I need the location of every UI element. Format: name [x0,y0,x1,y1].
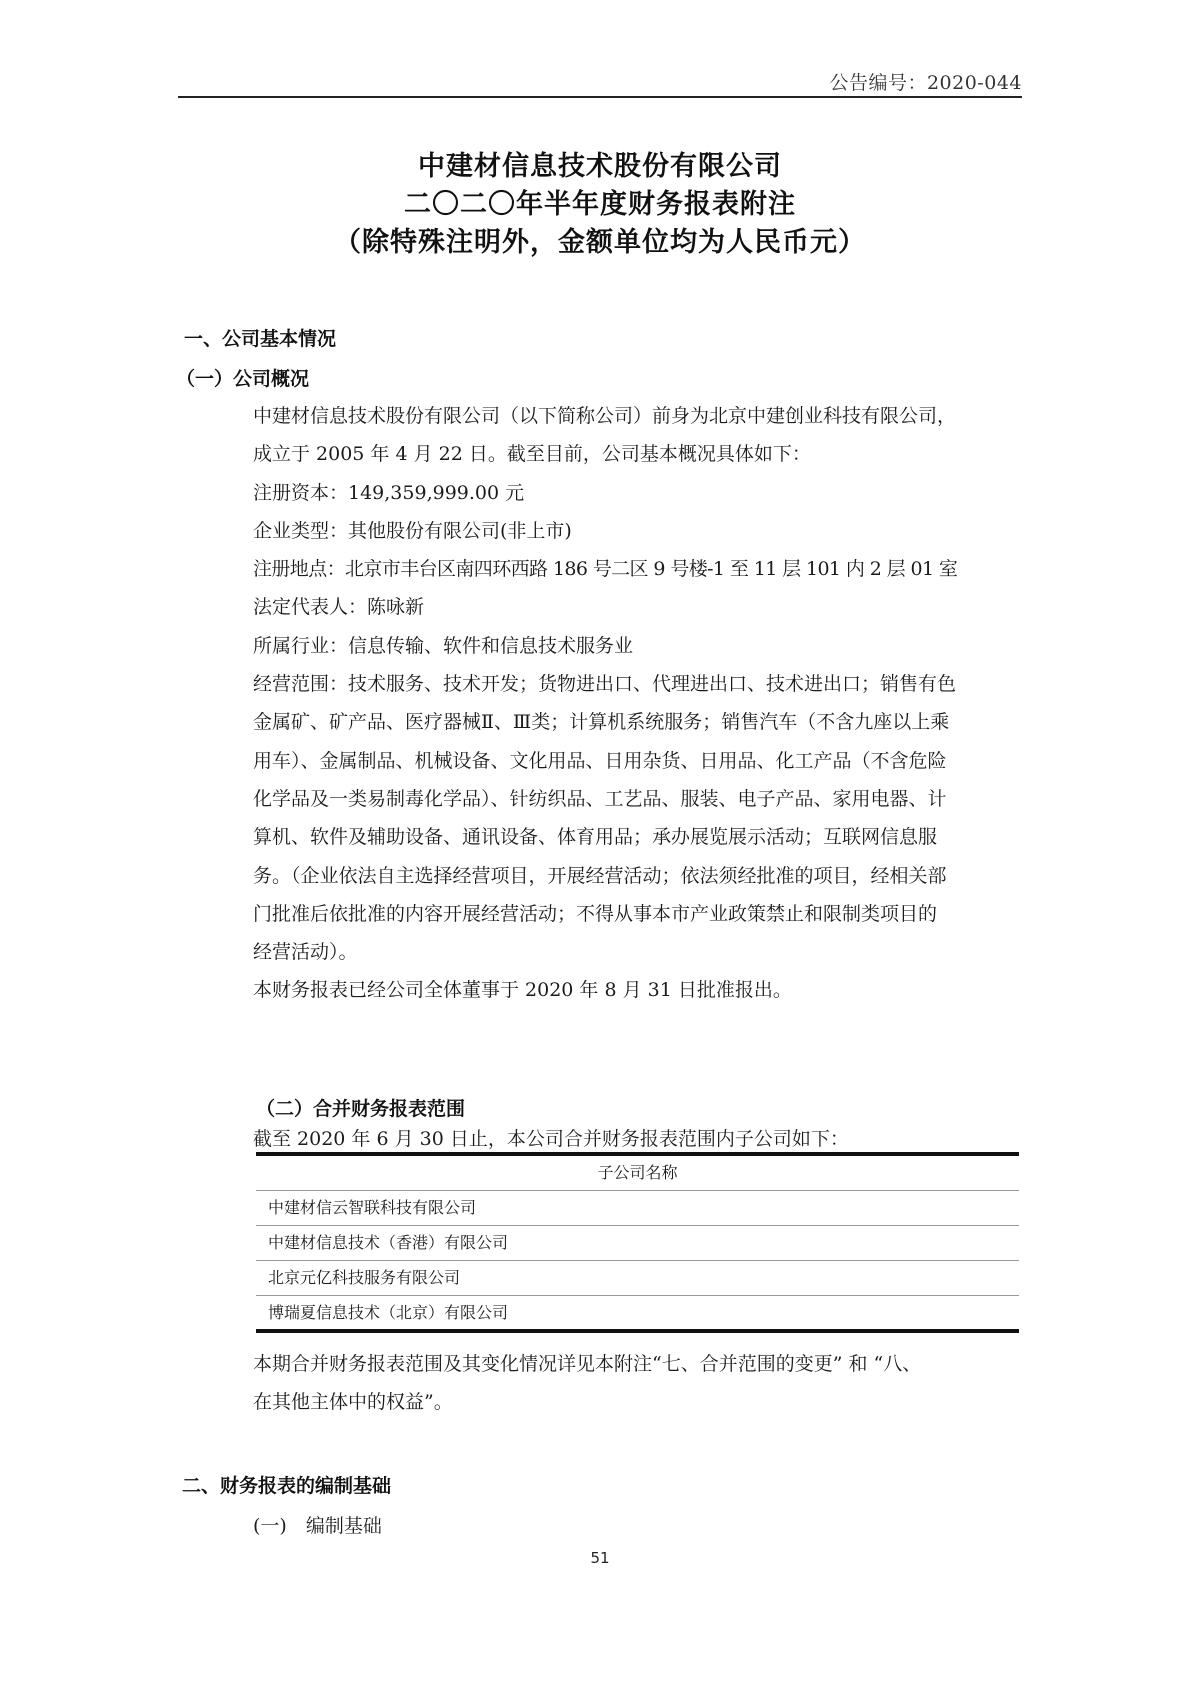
enterprise-type: 企业类型：其他股份有限公司(非上市) [253,512,1023,550]
title-unit-note: （除特殊注明外，金额单位均为人民币元） [0,224,1200,262]
business-scope-line: 经营范围：技术服务、技术开发；货物进出口、代理进出口、技术进出口；销售有色 [253,665,1023,703]
business-scope-line: 金属矿、矿产品、医疗器械Ⅱ、Ⅲ类；计算机系统服务；销售汽车（不含九座以上乘 [253,703,1023,741]
legal-representative: 法定代表人：陈咏新 [253,588,1023,626]
table-row: 博瑞夏信息技术（北京）有限公司 [256,1296,1019,1329]
approval-statement: 本财务报表已经公司全体董事于 2020 年 8 月 31 日批准报出。 [253,971,1023,1009]
subsection-heading-basis: (一) 编制基础 [253,1511,382,1538]
page-number: 51 [0,1549,1200,1567]
business-scope-line: 务。（企业依法自主选择经营项目，开展经营活动；依法须经批准的项目，经相关部 [253,857,1023,895]
table-row: 中建材信息技术（香港）有限公司 [256,1226,1019,1261]
business-scope-line: 算机、软件及辅助设备、通讯设备、体育用品；承办展览展示活动；互联网信息服 [253,818,1023,856]
consolidation-intro: 截至 2020 年 6 月 30 日止，本公司合并财务报表范围内子公司如下： [253,1124,849,1151]
intro-line: 成立于 2005 年 4 月 22 日。截至目前，公司基本概况具体如下： [253,435,1023,473]
section-heading-company-basics: 一、公司基本情况 [184,324,336,351]
industry: 所属行业：信息传输、软件和信息技术服务业 [253,627,1023,665]
business-scope-line: 化学品及一类易制毒化学品）、针纺织品、工艺品、服装、电子产品、家用电器、计 [253,780,1023,818]
business-scope-line: 门批准后依批准的内容开展经营活动；不得从事本市产业政策禁止和限制类项目的 [253,895,1023,933]
announcement-number: 公告编号：2020-044 [829,68,1022,95]
table-row: 中建材信云智联科技有限公司 [256,1191,1019,1226]
document-title: 中建材信息技术股份有限公司 二〇二〇年半年度财务报表附注 （除特殊注明外，金额单… [0,148,1200,262]
title-report: 二〇二〇年半年度财务报表附注 [0,186,1200,224]
business-scope-line: 用车）、金属制品、机械设备、文化用品、日用杂货、日用品、化工产品（不含危险 [253,742,1023,780]
intro-line: 中建材信息技术股份有限公司（以下简称公司）前身为北京中建创业科技有限公司， [253,397,1023,435]
registered-address: 注册地点：北京市丰台区南四环西路 186 号二区 9 号楼-1 至 11 层 1… [253,550,1023,588]
title-company: 中建材信息技术股份有限公司 [0,148,1200,186]
consolidation-note: 本期合并财务报表范围及其变化情况详见本附注“七、合并范围的变更” 和 “八、 在… [253,1345,1023,1422]
note-line: 本期合并财务报表范围及其变化情况详见本附注“七、合并范围的变更” 和 “八、 [253,1345,1023,1383]
table-row: 北京元亿科技服务有限公司 [256,1261,1019,1296]
note-line: 在其他主体中的权益”。 [253,1383,1023,1421]
subsection-heading-consolidation-scope: （二）合并财务报表范围 [256,1094,465,1121]
table-header: 子公司名称 [256,1156,1019,1191]
overview-intro: 中建材信息技术股份有限公司（以下简称公司）前身为北京中建创业科技有限公司， 成立… [253,397,1023,1010]
business-scope-line: 经营活动）。 [253,933,1023,971]
registered-capital: 注册资本：149,359,999.00 元 [253,474,1023,512]
subsidiaries-table: 子公司名称 中建材信云智联科技有限公司 中建材信息技术（香港）有限公司 北京元亿… [256,1152,1019,1333]
section-heading-preparation-basis: 二、财务报表的编制基础 [182,1471,391,1498]
header-divider [178,96,1022,98]
subsection-heading-overview: （一）公司概况 [176,364,309,391]
